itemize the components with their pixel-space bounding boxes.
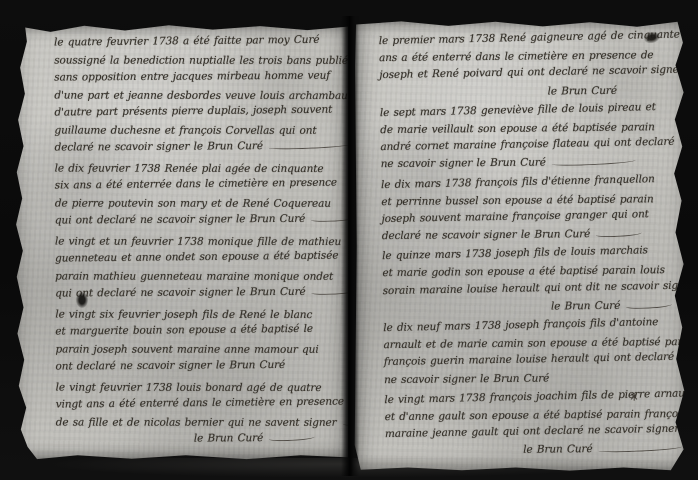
line-text: declaré ne scavoir signer le Brun Curé	[55, 140, 263, 153]
line-text: ont declaré ne scavoir signer le Brun Cu…	[55, 359, 285, 373]
line-text: d'une part et jeanne desbordes veuve lou…	[54, 89, 355, 102]
line-text: le vingt feuvrier 1738 louis bonard agé …	[56, 381, 322, 393]
binding-gutter	[341, 16, 359, 476]
line-text: de pierre poutevin son mary et de René C…	[55, 197, 331, 209]
line-text: de marie veillault son epouse a été bapt…	[380, 121, 655, 136]
pen-flourish	[596, 230, 642, 238]
line-text: le Brun Curé	[523, 443, 592, 456]
line-text: vingt ans a été enterré dans le cimetièr…	[56, 396, 344, 411]
line-text: qui ont declaré ne scavoir signer le Bru…	[55, 213, 305, 227]
line-text: le vingt et un feuvrier 1738 monique fil…	[55, 235, 341, 247]
line-text: le vingt mars 1738 françois joachim fils…	[384, 387, 692, 406]
left-page-text: le quatre feuvrier 1738 a été faitte par…	[9, 23, 349, 460]
line-text: le Brun Curé	[194, 432, 263, 444]
line-text: le dix feuvrier 1738 Renée plai agée de …	[55, 162, 324, 174]
line-text: et marguerite bouin son epouse a été bap…	[55, 323, 313, 338]
line-text: parain joseph souvent maraine anne mamou…	[55, 343, 318, 355]
right-page-text: le premier mars 1738 René gaigneure agé …	[350, 15, 694, 472]
manuscript-line: qui ont declaré ne scavoir signer le Bru…	[55, 284, 344, 304]
line-text: maraine jeanne gault qui ont declaré ne …	[385, 423, 680, 440]
line-text: le quinze mars 1738 joseph fils de louis…	[382, 245, 648, 263]
manuscript-line: le dix mars 1738 françois fils d'étienne…	[381, 170, 686, 194]
manuscript-line: vingt ans a été enterré dans le cimetièr…	[56, 394, 345, 415]
manuscript-line: six ans a été enterrée dans le cimetière…	[55, 175, 344, 196]
line-text: parain mathieu guenneteau maraine moniqu…	[55, 270, 333, 282]
line-text: sans opposition entre jacques mirbeau ho…	[54, 70, 330, 84]
line-text: le quatre feuvrier 1738 a été faitte par…	[54, 34, 319, 49]
line-text: joseph souvent maraine françoise granger…	[381, 208, 648, 225]
line-text: andré cornet maraine françoise flateau q…	[380, 136, 674, 153]
signature-line: le Brun Curé	[56, 430, 345, 450]
line-text: ne scavoir signer le Brun Curé	[384, 372, 549, 386]
line-text: le dix mars 1738 françois fils d'étienne…	[381, 173, 655, 191]
line-text: et perrinne bussel son epouse a été bapt…	[381, 193, 653, 208]
line-text: françois guerin maraine louise herault q…	[384, 351, 674, 368]
pen-flourish	[626, 302, 672, 310]
line-text: declaré ne scavoir signer le Brun Curé	[382, 228, 590, 242]
line-text: soussigné la benediction nuptialle les t…	[54, 54, 353, 66]
manuscript-line: ont declaré ne scavoir signer le Brun Cu…	[55, 357, 344, 377]
manuscript-line: guenneteau et anne ondet son epouse a ét…	[55, 248, 344, 269]
manuscript-line: joseph et René poivard qui ont declaré n…	[379, 62, 684, 85]
line-text: guillaume duchesne et françois Corvellas…	[55, 124, 317, 136]
line-text: et marie godin son epouse a été baptisé …	[382, 265, 665, 280]
line-text: d'autre part présents pierre duplais, jo…	[54, 104, 332, 119]
line-text: six ans a été enterrée dans le cimetière…	[55, 177, 337, 192]
right-page: le premier mars 1738 René gaigneure agé …	[354, 20, 691, 472]
line-text: qui ont declaré ne scavoir signer le Bru…	[55, 286, 305, 300]
manuscript-line: le quatre feuvrier 1738 a été faitte par…	[54, 32, 343, 53]
line-text: le Brun Curé	[548, 84, 617, 97]
pen-flourish	[598, 444, 682, 453]
line-text: guenneteau et anne ondet son epouse a ét…	[55, 250, 338, 265]
line-text: joseph et René poivard qui ont declaré n…	[379, 64, 684, 82]
line-text: le Brun Curé	[551, 300, 620, 313]
left-page: le quatre feuvrier 1738 a été faitte par…	[10, 24, 348, 460]
pen-asterisk-mark	[630, 392, 638, 400]
line-text: le premier mars 1738 René gaigneure agé …	[379, 29, 680, 48]
manuscript-spread: le quatre feuvrier 1738 a été faitte par…	[0, 0, 698, 480]
line-text: ne scavoir signer le Brun Curé	[381, 157, 546, 171]
manuscript-line: d'autre part présents pierre duplais, jo…	[54, 102, 343, 123]
line-text: le sept mars 1738 geneviève fille de lou…	[380, 101, 656, 119]
line-text: le dix neuf mars 1738 joseph françois fi…	[383, 316, 658, 334]
manuscript-line: qui ont declaré ne scavoir signer le Bru…	[55, 211, 344, 231]
manuscript-line: sans opposition entre jacques mirbeau ho…	[54, 68, 343, 88]
manuscript-line: declaré ne scavoir signer le Brun Curé	[55, 138, 344, 158]
pen-flourish	[552, 158, 636, 167]
pen-flourish	[269, 434, 315, 442]
line-text: de sa fille et de nicolas bernier qui ne…	[56, 416, 337, 428]
line-text: le vingt six feuvrier joseph fils de Ren…	[55, 308, 312, 320]
manuscript-line: et marguerite bouin son epouse a été bap…	[55, 321, 344, 342]
manuscript-line: françois guerin maraine louise herault q…	[384, 349, 689, 372]
page-edge-smear	[40, 458, 640, 478]
line-text: sorain maraine louise herault qui ont di…	[383, 279, 696, 297]
